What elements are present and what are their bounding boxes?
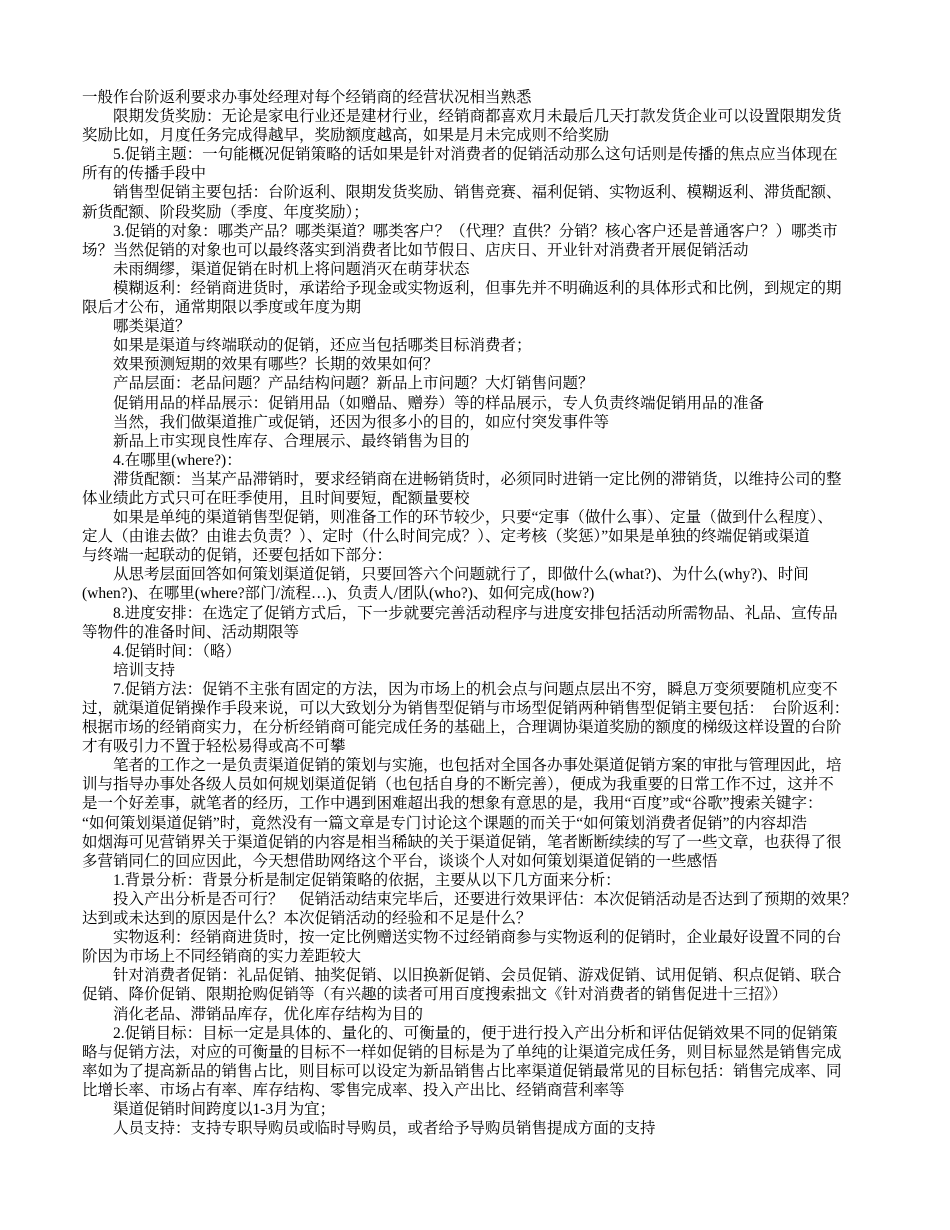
text-line: 消化老品、滞销品库存，优化库存结构为目的 — [82, 1005, 928, 1024]
text-line: 哪类渠道？ — [82, 317, 928, 336]
text-line: 如果是单纯的渠道销售型促销，则准备工作的环节较少，只要“定事（做什么事）、定量（… — [82, 508, 928, 527]
text-line: 效果预测短期的效果有哪些？长期的效果如何？ — [82, 355, 928, 374]
text-line: 5.促销主题：一句能概况促销策略的话如果是针对消费者的促销活动那么这句话则是传播… — [82, 145, 928, 164]
text-line: 实物返利：经销商进货时，按一定比例赠送实物不过经销商参与实物返利的促销时，企业最… — [82, 928, 928, 947]
text-line: 渠道促销时间跨度以1-3月为宜； — [82, 1100, 928, 1119]
text-line: 达到或未达到的原因是什么？本次促销活动的经验和不足是什么？ — [82, 909, 928, 928]
text-line: 3.促销的对象：哪类产品？哪类渠道？哪类客户？（代理？直供？分销？核心客户还是普… — [82, 222, 928, 241]
text-line: 促销用品的样品展示：促销用品（如赠品、赠券）等的样品展示，专人负责终端促销用品的… — [82, 394, 928, 413]
text-line: 限期发货奖励：无论是家电行业还是建材行业，经销商都喜欢月未最后几天打款发货企业可… — [82, 107, 928, 126]
text-line: 8.进度安排：在选定了促销方式后，下一步就要完善活动程序与进度安排包括活动所需物… — [82, 604, 928, 623]
text-line: 定人（由谁去做？由谁去负责？）、定时（什么时间完成？）、定考核（奖惩）”如果是单… — [82, 527, 928, 546]
text-line: 新品上市实现良性库存、合理展示、最终销售为目的 — [82, 432, 928, 451]
text-line: 场？当然促销的对象也可以最终落实到消费者比如节假日、店庆日、开业针对消费者开展促… — [82, 241, 928, 260]
text-line: 产品层面：老品问题？产品结构问题？新品上市问题？大灯销售问题？ — [82, 374, 928, 393]
text-line: 模糊返利：经销商进货时，承诺给予现金或实物返利，但事先并不明确返利的具体形式和比… — [82, 279, 928, 298]
text-line: 人员支持：支持专职导购员或临时导购员，或者给予导购员销售提成方面的支持 — [82, 1119, 928, 1138]
text-line: 略与促销方法，对应的可衡量的目标不一样如促销的目标是为了单纯的让渠道完成任务，则… — [82, 1043, 928, 1062]
text-line: 所有的传播手段中 — [82, 164, 928, 183]
text-line: 针对消费者促销：礼品促销、抽奖促销、以旧换新促销、会员促销、游戏促销、试用促销、… — [82, 966, 928, 985]
text-line: 与终端一起联动的促销，还要包括如下部分： — [82, 546, 928, 565]
text-line: 投入产出分析是否可行？ 促销活动结束完毕后，还要进行效果评估：本次促销活动是否达… — [82, 890, 928, 909]
text-line: 比增长率、市场占有率、库存结构、零售完成率、投入产出比、经销商营利率等 — [82, 1081, 928, 1100]
text-line: 过，就渠道促销操作手段来说，可以大致划分为销售型促销与市场型促销两种销售型促销主… — [82, 699, 928, 718]
text-line: 才有吸引力不置于轻松易得或高不可攀 — [82, 737, 928, 756]
text-line: 培训支持 — [82, 661, 928, 680]
text-line: 销售型促销主要包括：台阶返利、限期发货奖励、销售竞赛、福利促销、实物返利、模糊返… — [82, 183, 928, 202]
text-line: 新货配额、阶段奖励（季度、年度奖励）； — [82, 203, 928, 222]
text-line: 阶因为市场上不同经销商的实力差距较大 — [82, 947, 928, 966]
text-line: 一般作台阶返利要求办事处经理对每个经销商的经营状况相当熟悉 — [82, 88, 928, 107]
text-line: 如烟海可见营销界关于渠道促销的内容是相当稀缺的关于渠道促销，笔者断断续续的写了一… — [82, 833, 928, 852]
text-line: 等物件的准备时间、活动期限等 — [82, 623, 928, 642]
text-line: 笔者的工作之一是负责渠道促销的策划与实施，也包括对全国各办事处渠道促销方案的审批… — [82, 756, 928, 775]
text-line: 多营销同仁的回应因此，今天想借助网络这个平台，谈谈个人对如何策划渠道促销的一些感… — [82, 852, 928, 871]
text-line: 7.促销方法：促销不主张有固定的方法，因为市场上的机会点与问题点层出不穷，瞬息万… — [82, 680, 928, 699]
text-line: 促销、降价促销、限期抢购促销等（有兴趣的读者可用百度搜索拙文《针对消费者的销售促… — [82, 985, 928, 1004]
text-line: 体业绩此方式只可在旺季使用，且时间要短，配额量要校 — [82, 489, 928, 508]
text-line: 限后才公布，通常期限以季度或年度为期 — [82, 298, 928, 317]
text-line: 2.促销目标：目标一定是具体的、量化的、可衡量的，便于进行投入产出分析和评估促销… — [82, 1024, 928, 1043]
text-line: 率如为了提高新品的销售占比，则目标可以设定为新品销售占比率渠道促销最常见的目标包… — [82, 1062, 928, 1081]
text-line: 奖励比如，月度任务完成得越早，奖励额度越高，如果是月未完成则不给奖励 — [82, 126, 928, 145]
text-line: 是一个好差事，就笔者的经历，工作中遇到困难超出我的想象有意思的是，我用“百度”或… — [82, 794, 928, 813]
text-line: 根据市场的经销商实力，在分析经销商可能完成任务的基础上，合理调协渠道奖励的额度的… — [82, 718, 928, 737]
text-line: 4.在哪里(where?)： — [82, 451, 928, 470]
document-body: 一般作台阶返利要求办事处经理对每个经销商的经营状况相当熟悉限期发货奖励：无论是家… — [82, 88, 928, 1138]
text-line: 如果是渠道与终端联动的促销，还应当包括哪类目标消费者； — [82, 336, 928, 355]
text-line: 训与指导办事处各级人员如何规划渠道促销（也包括自身的不断完善），便成为我重要的日… — [82, 775, 928, 794]
text-line: 滞货配额：当某产品滞销时，要求经销商在进畅销货时，必须同时进销一定比例的滞销货，… — [82, 470, 928, 489]
document-page: 一般作台阶返利要求办事处经理对每个经销商的经营状况相当熟悉限期发货奖励：无论是家… — [0, 0, 950, 1230]
text-line: 1.背景分析：背景分析是制定促销策略的依据，主要从以下几方面来分析： — [82, 871, 928, 890]
text-line: 当然，我们做渠道推广或促销，还因为很多小的目的，如应付突发事件等 — [82, 413, 928, 432]
text-line: (when?)、在哪里(where?部门/流程…)、负责人/团队(who?)、如… — [82, 584, 928, 603]
text-line: 4.促销时间：（略） — [82, 642, 928, 661]
text-line: 从思考层面回答如何策划渠道促销，只要回答六个问题就行了，即做什么(what?)、… — [82, 565, 928, 584]
text-line: “如何策划渠道促销”时，竟然没有一篇文章是专门讨论这个课题的而关于“如何策划消费… — [82, 814, 928, 833]
text-line: 未雨绸缪，渠道促销在时机上将问题消灭在萌芽状态 — [82, 260, 928, 279]
